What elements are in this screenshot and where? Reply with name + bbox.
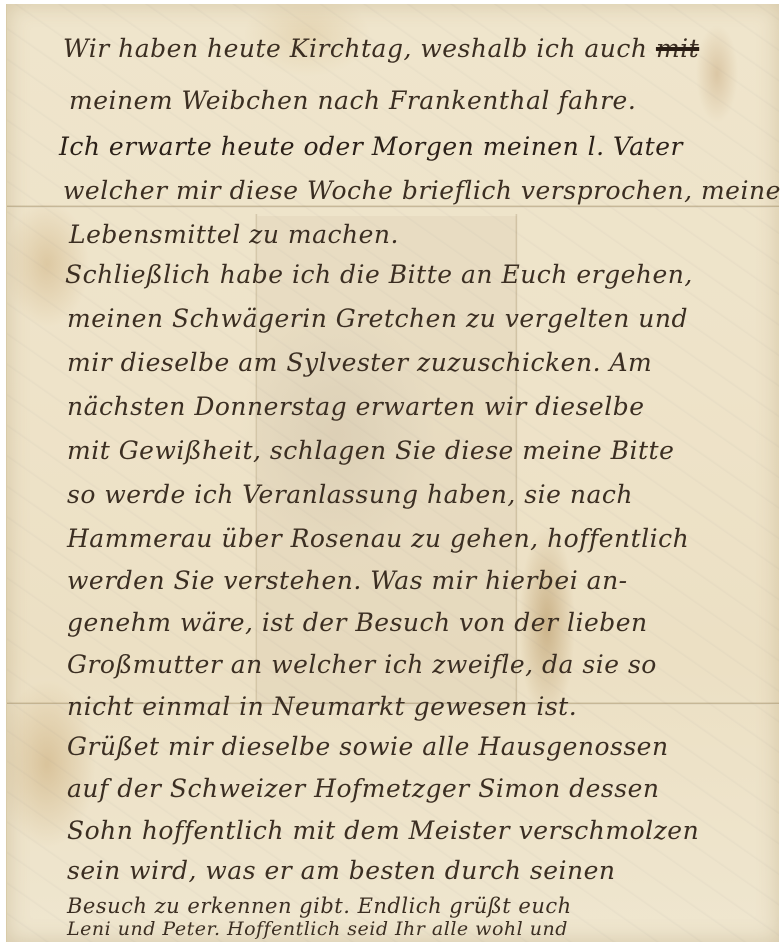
letter-line-15: Großmutter an welcher ich zweifle, da si… [67,650,657,679]
letter-line-16: nicht einmal in Neumarkt gewesen ist. [67,692,577,721]
letter-line-4: welcher mir diese Woche brieflich verspr… [63,176,780,205]
letter-line-10: mit Gewißheit, schlagen Sie diese meine … [67,436,674,465]
letter-line-21: Besuch zu erkennen gibt. Endlich grüßt e… [67,894,572,918]
letter-line-6: Schließlich habe ich die Bitte an Euch e… [65,260,693,289]
letter-line-13: werden Sie verstehen. Was mir hierbei an… [67,566,628,595]
letter-line-5: Lebensmittel zu machen. [69,220,399,249]
letter-line-1-text: Wir haben heute Kirchtag, weshalb ich au… [63,34,656,63]
letter-line-8: mir dieselbe am Sylvester zuzuschicken. … [67,348,652,377]
letter-line-2: meinem Weibchen nach Frankenthal fahre. [69,86,636,115]
letter-line-17: Grüßet mir dieselbe sowie alle Hausgenos… [67,732,669,761]
struck-word: mit [656,34,699,63]
letter-line-9: nächsten Donnerstag erwarten wir dieselb… [67,392,645,421]
letter-line-7: meinen Schwägerin Gretchen zu vergelten … [67,304,688,333]
letter-line-19: Sohn hoffentlich mit dem Meister verschm… [67,816,699,845]
letter-line-14: genehm wäre, ist der Besuch von der lieb… [67,608,648,637]
letter-body: Wir haben heute Kirchtag, weshalb ich au… [7,4,779,942]
letter-line-22: Leni und Peter. Hoffentlich seid Ihr all… [67,918,568,940]
letter-line-11: so werde ich Veranlassung haben, sie nac… [67,480,633,509]
letter-page: Wir haben heute Kirchtag, weshalb ich au… [6,4,779,942]
letter-line-20: sein wird, was er am besten durch seinen [67,856,615,885]
letter-line-3: Ich erwarte heute oder Morgen meinen l. … [59,132,683,161]
letter-line-18: auf der Schweizer Hofmetzger Simon desse… [67,774,660,803]
letter-line-12: Hammerau über Rosenau zu gehen, hoffentl… [67,524,689,553]
letter-line-1: Wir haben heute Kirchtag, weshalb ich au… [63,34,763,63]
